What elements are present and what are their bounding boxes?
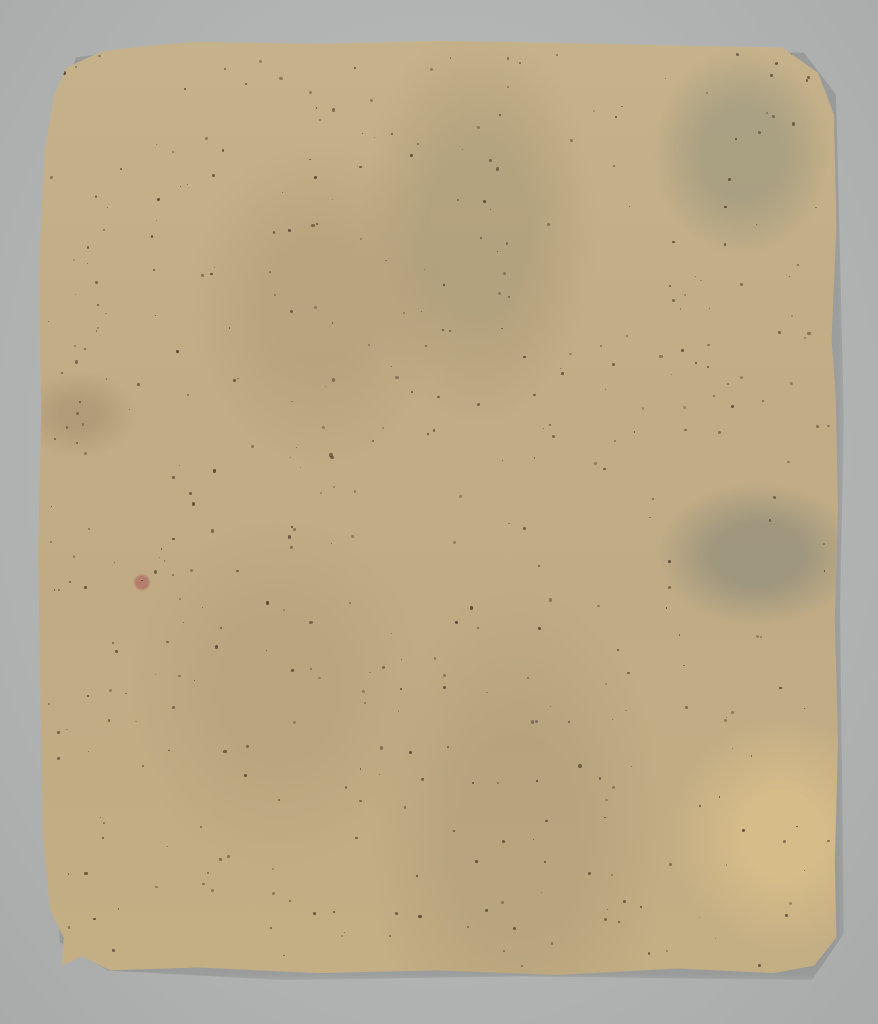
paper-speck xyxy=(521,965,523,967)
paper-speck xyxy=(642,407,644,409)
paper-speck xyxy=(88,751,89,752)
paper-speck xyxy=(345,786,347,788)
paper-speck xyxy=(726,717,727,718)
paper-speck xyxy=(73,259,75,261)
paper-speck xyxy=(815,207,817,209)
paper-speck xyxy=(222,149,225,152)
paper-speck xyxy=(455,621,458,624)
paper-speck xyxy=(112,949,115,952)
paper-speck xyxy=(550,706,551,707)
paper-speck xyxy=(627,672,629,674)
paper-speck xyxy=(472,782,474,784)
paper-speck xyxy=(536,780,538,782)
paper-speck xyxy=(605,799,608,802)
paper-speck xyxy=(470,606,473,609)
paper-speck xyxy=(68,926,70,928)
paper-speck xyxy=(213,469,216,472)
paper-speck xyxy=(489,159,492,162)
paper-speck xyxy=(272,868,274,870)
paper-speck xyxy=(424,269,425,270)
paper-speck xyxy=(155,886,158,889)
paper-speck xyxy=(507,57,509,59)
paper-speck xyxy=(161,548,162,549)
paper-speck xyxy=(54,589,56,591)
paper-speck xyxy=(824,570,826,572)
paper-speck xyxy=(76,412,79,415)
paper-speck xyxy=(669,863,672,866)
paper-speck xyxy=(683,406,686,409)
paper-speck xyxy=(74,345,76,347)
paper-speck xyxy=(778,331,781,334)
paper-speck xyxy=(519,62,521,64)
paper-speck xyxy=(545,820,548,823)
paper-speck xyxy=(538,627,541,630)
paper-speck xyxy=(245,83,247,85)
paper-speck xyxy=(629,206,630,207)
paper-speck xyxy=(351,535,354,538)
paper-speck xyxy=(410,154,413,157)
paper-speck xyxy=(103,229,105,231)
paper-speck xyxy=(205,137,208,140)
paper-speck xyxy=(411,391,413,393)
paper-speck xyxy=(98,55,101,58)
paper-speck xyxy=(187,184,188,185)
paper-speck xyxy=(760,636,762,638)
paper-speck xyxy=(508,296,510,298)
paper-speck xyxy=(615,116,617,118)
paper-speck xyxy=(201,274,203,276)
paper-speck xyxy=(434,657,437,660)
paper-speck xyxy=(354,490,357,493)
paper-speck xyxy=(220,627,222,629)
paper-speck xyxy=(735,138,737,140)
paper-speck xyxy=(125,693,127,695)
paper-speck xyxy=(523,527,526,530)
paper-speck xyxy=(251,445,253,447)
paper-speck xyxy=(223,750,226,753)
paper-speck xyxy=(314,176,317,179)
paper-speck xyxy=(237,378,239,380)
paper-speck xyxy=(369,672,370,673)
paper-speck xyxy=(200,826,202,828)
paper-speck xyxy=(404,806,407,809)
paper-speck xyxy=(443,686,446,689)
paper-speck xyxy=(84,348,85,349)
paper-speck xyxy=(300,467,301,468)
paper-speck xyxy=(417,143,419,145)
paper-speck xyxy=(391,366,392,367)
paper-speck xyxy=(75,66,77,68)
paper-speck xyxy=(313,912,316,915)
paper-speck xyxy=(75,294,77,296)
paper-speck xyxy=(372,440,374,442)
paper-speck xyxy=(672,299,675,302)
paper-speck xyxy=(266,650,267,651)
paper-speck xyxy=(614,440,616,442)
paper-speck xyxy=(569,353,572,356)
paper-speck xyxy=(224,68,226,70)
paper-speck xyxy=(770,74,773,77)
paper-speck xyxy=(172,574,174,576)
paper-speck xyxy=(273,231,276,234)
paper-speck xyxy=(477,126,479,128)
paper-speck xyxy=(227,855,230,858)
paper-speck xyxy=(156,220,157,221)
paper-speck xyxy=(374,137,376,139)
paper-speck xyxy=(69,581,71,583)
paper-speck xyxy=(207,872,209,874)
paper-speck xyxy=(79,401,81,403)
paper-speck xyxy=(727,383,729,385)
paper-speck xyxy=(593,110,595,112)
paper-speck xyxy=(95,281,98,284)
paper-speck xyxy=(791,315,793,317)
paper-speck xyxy=(728,178,731,181)
paper-speck xyxy=(102,837,104,839)
paper-speck xyxy=(166,641,169,644)
paper-speck xyxy=(291,401,293,403)
paper-speck xyxy=(666,607,668,609)
paper-speck xyxy=(359,166,362,169)
paper-speck xyxy=(368,344,370,346)
paper-speck xyxy=(467,926,469,928)
paper-speck xyxy=(349,602,351,604)
paper-speck xyxy=(707,366,709,368)
paper-speck xyxy=(483,200,486,203)
paper-speck xyxy=(477,403,480,406)
paper-speck xyxy=(742,829,745,832)
paper-speck xyxy=(156,144,157,145)
paper-speck xyxy=(354,67,356,69)
paper-speck xyxy=(599,777,602,780)
paper-speck xyxy=(496,167,499,170)
paper-speck xyxy=(804,870,805,871)
paper-speck xyxy=(105,313,106,314)
paper-speck xyxy=(611,874,614,877)
paper-speck xyxy=(684,429,687,432)
paper-speck xyxy=(740,376,743,379)
paper-speck xyxy=(731,711,734,714)
paper-speck xyxy=(671,374,672,375)
paper-speck xyxy=(612,719,613,720)
paper-speck xyxy=(68,873,69,874)
paper-speck xyxy=(556,54,558,56)
paper-speck xyxy=(604,918,607,921)
paper-speck xyxy=(184,88,186,90)
paper-speck xyxy=(665,78,667,80)
paper-speck xyxy=(109,689,112,692)
paper-speck xyxy=(533,394,536,397)
paper-speck xyxy=(416,875,418,877)
paper-speck xyxy=(229,327,230,328)
paper-speck xyxy=(87,246,89,248)
paper-speck xyxy=(211,529,214,532)
paper-speck xyxy=(502,840,505,843)
paper-speck xyxy=(325,386,326,387)
paper-speck xyxy=(151,235,153,237)
paper-speck xyxy=(137,383,139,385)
paper-speck xyxy=(66,426,69,429)
paper-speck xyxy=(578,764,581,767)
paper-speck xyxy=(246,745,249,748)
paper-speck xyxy=(212,174,215,177)
paper-speck xyxy=(282,192,283,193)
paper-speck xyxy=(293,721,296,724)
paper-speck xyxy=(332,378,335,381)
paper-speck xyxy=(180,186,181,187)
paper-speck xyxy=(57,757,60,760)
paper-speck xyxy=(135,721,137,723)
paper-speck xyxy=(543,428,544,429)
paper-speck xyxy=(443,674,446,677)
paper-speck xyxy=(120,168,122,170)
paper-speck xyxy=(403,312,406,315)
paper-speck xyxy=(789,902,792,905)
paper-speck xyxy=(333,486,335,488)
paper-speck xyxy=(103,822,105,824)
paper-speck xyxy=(613,165,615,167)
paper-speck xyxy=(87,263,88,264)
paper-speck xyxy=(762,400,764,402)
paper-speck xyxy=(202,883,204,885)
paper-speck xyxy=(87,695,89,697)
paper-speck xyxy=(485,909,488,912)
paper-speck xyxy=(50,541,52,543)
paper-speck xyxy=(330,456,333,459)
paper-speck xyxy=(309,91,312,94)
paper-speck xyxy=(775,62,778,65)
paper-speck xyxy=(359,800,361,802)
paper-speck xyxy=(283,955,284,956)
paper-speck xyxy=(695,362,696,363)
paper-speck xyxy=(48,321,49,322)
paper-speck xyxy=(588,872,591,875)
paper-speck xyxy=(823,543,825,545)
paper-speck xyxy=(427,433,429,435)
paper-speck xyxy=(453,830,456,833)
paper-speck xyxy=(804,708,805,709)
paper-speck xyxy=(618,921,620,923)
paper-speck xyxy=(244,774,247,777)
paper-speck xyxy=(497,251,498,252)
paper-speck xyxy=(640,906,642,908)
paper-speck xyxy=(73,555,75,557)
paper-speck xyxy=(333,911,335,913)
paper-speck xyxy=(713,395,715,397)
paper-speck xyxy=(341,935,343,937)
paper-speck xyxy=(311,224,314,227)
paper-speck xyxy=(50,176,53,179)
paper-speck xyxy=(421,778,424,781)
paper-speck xyxy=(167,846,168,847)
paper-speck xyxy=(679,634,680,635)
paper-speck xyxy=(719,796,721,798)
paper-speck xyxy=(623,900,626,903)
paper-speck xyxy=(319,119,321,121)
paper-speck xyxy=(806,79,808,81)
paper-speck xyxy=(612,363,615,366)
paper-speck xyxy=(732,748,733,749)
paper-speck xyxy=(541,892,542,893)
paper-speck xyxy=(600,345,602,347)
paper-speck xyxy=(332,322,334,324)
paper-speck xyxy=(409,751,412,754)
paper-speck xyxy=(544,861,546,863)
paper-speck xyxy=(631,766,632,767)
paper-speck xyxy=(648,952,650,954)
paper-speck xyxy=(211,889,214,892)
paper-speck xyxy=(779,687,782,690)
paper-speck xyxy=(605,389,607,391)
paper-speck xyxy=(183,622,184,623)
paper-speck xyxy=(153,269,155,271)
paper-speck xyxy=(568,721,570,723)
paper-speck xyxy=(736,53,739,56)
paper-speck xyxy=(382,666,385,669)
paper-speck xyxy=(48,703,50,705)
paper-speck xyxy=(668,586,671,589)
paper-speck xyxy=(709,308,710,309)
paper-speck xyxy=(157,198,160,201)
paper-speck xyxy=(75,360,78,363)
paper-speck xyxy=(236,570,238,572)
paper-speck xyxy=(202,607,203,608)
paper-speck xyxy=(681,349,684,352)
paper-speck xyxy=(288,535,291,538)
paper-speck xyxy=(499,114,501,116)
paper-speck xyxy=(549,424,551,426)
paper-speck xyxy=(425,345,427,347)
paper-speck xyxy=(561,372,564,375)
paper-speck xyxy=(724,206,726,208)
paper-speck xyxy=(617,649,619,651)
paper-speck xyxy=(718,431,721,434)
paper-speck xyxy=(360,238,362,240)
paper-speck xyxy=(400,688,402,690)
paper-speck xyxy=(322,426,325,429)
paper-speck xyxy=(314,306,317,309)
paper-speck xyxy=(283,609,285,611)
paper-speck xyxy=(421,311,422,312)
paper-speck xyxy=(726,864,727,865)
paper-speck xyxy=(310,668,313,671)
paper-speck xyxy=(594,462,597,465)
paper-speck xyxy=(259,60,262,63)
paper-speck xyxy=(527,677,529,679)
paper-speck xyxy=(290,310,293,313)
paper-speck xyxy=(626,335,628,337)
paper-speck xyxy=(172,538,175,541)
paper-speck xyxy=(296,447,297,448)
paper-speck xyxy=(172,476,175,479)
paper-speck xyxy=(293,528,296,531)
paper-speck xyxy=(790,382,793,385)
paper-speck xyxy=(100,817,102,819)
paper-speck xyxy=(192,502,195,505)
paper-speck xyxy=(605,683,607,685)
paper-speck xyxy=(480,237,482,239)
paper-speck xyxy=(503,272,506,275)
paper-speck xyxy=(364,702,366,704)
paper-speck xyxy=(84,872,87,875)
paper-speck xyxy=(783,840,786,843)
paper-speck xyxy=(597,605,599,607)
paper-speck xyxy=(290,457,291,458)
paper-speck xyxy=(309,621,312,624)
paper-speck xyxy=(269,271,271,273)
paper-speck xyxy=(475,860,478,863)
paper-speck xyxy=(106,378,108,380)
paper-speck xyxy=(816,425,819,428)
paper-speck xyxy=(507,86,509,88)
paper-speck xyxy=(84,452,87,455)
paper-speck xyxy=(707,344,709,346)
paper-speck xyxy=(391,133,393,135)
paper-speck xyxy=(797,264,799,266)
paper-speck xyxy=(289,900,290,901)
paper-speck xyxy=(785,914,787,916)
paper-speck xyxy=(272,892,275,895)
paper-speck xyxy=(362,690,365,693)
paper-speck xyxy=(190,569,193,572)
paper-speck xyxy=(447,746,449,748)
paper-speck xyxy=(497,782,498,783)
paper-speck xyxy=(731,405,734,408)
paper-speck xyxy=(370,99,373,102)
paper-speck xyxy=(490,209,491,210)
paper-speck xyxy=(498,292,501,295)
paper-speck xyxy=(486,692,487,693)
paper-speck xyxy=(155,674,156,675)
paper-speck xyxy=(792,122,795,125)
paper-speck xyxy=(453,541,456,544)
paper-speck xyxy=(699,917,700,918)
paper-speck xyxy=(607,909,608,910)
paper-speck xyxy=(279,77,282,80)
paper-speck xyxy=(772,115,775,118)
paper-speck xyxy=(266,601,269,604)
paper-speck xyxy=(501,901,504,904)
paper-speck xyxy=(360,768,361,769)
paper-speck xyxy=(176,350,179,353)
paper-speck xyxy=(398,710,399,711)
paper-speck xyxy=(380,746,383,749)
paper-speck xyxy=(560,368,562,370)
paper-speck xyxy=(724,243,727,246)
paper-speck xyxy=(84,586,87,589)
aged-paper-leaf xyxy=(38,40,838,975)
paper-speck xyxy=(189,492,192,495)
paper-speck xyxy=(57,731,60,734)
paper-speck xyxy=(54,438,56,440)
paper-speck xyxy=(652,498,654,500)
paper-speck xyxy=(796,826,798,828)
paper-speck xyxy=(210,273,212,275)
paper-speck xyxy=(97,327,99,329)
paper-speck xyxy=(706,92,708,94)
paper-speck xyxy=(462,149,463,150)
paper-speck xyxy=(621,106,623,108)
paper-speck xyxy=(506,242,508,244)
paper-speck xyxy=(58,589,60,591)
paper-speck xyxy=(804,337,806,339)
paper-speck xyxy=(391,633,392,634)
paper-speck xyxy=(159,557,160,558)
paper-speck xyxy=(141,580,142,581)
paper-speck xyxy=(449,330,450,331)
paper-speck xyxy=(549,598,552,601)
paper-speck xyxy=(270,927,272,929)
